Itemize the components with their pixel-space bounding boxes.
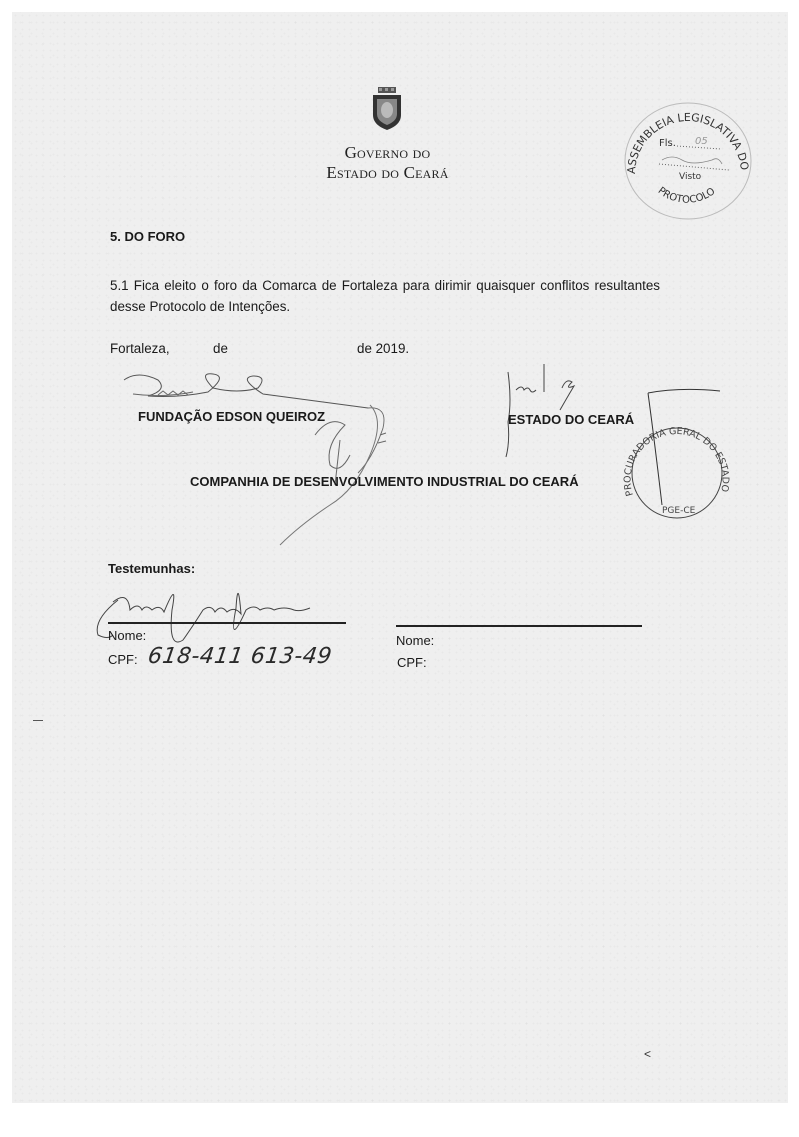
svg-text:PROTOCOLO: PROTOCOLO: [656, 185, 718, 205]
witness-1-name-label: Nome:: [108, 628, 146, 643]
pge-stamp: PROCURADORIA GERAL DO ESTADO PGE-CE: [600, 385, 760, 525]
witness-2-cpf-label: CPF:: [397, 655, 427, 670]
section-title: 5. DO FORO: [110, 229, 185, 244]
date-day-de: de: [213, 341, 228, 356]
svg-text:Fls.: Fls.: [659, 138, 676, 149]
witness-1-signature-line: [108, 622, 346, 624]
gov-line-1: Governo do: [300, 143, 475, 163]
svg-text:Visto: Visto: [679, 172, 702, 182]
witness-2-signature-line: [396, 625, 642, 627]
coat-of-arms-icon: [370, 87, 404, 131]
svg-text:PGE-CE: PGE-CE: [662, 506, 696, 516]
svg-text:05: 05: [695, 136, 708, 147]
date-city: Fortaleza,: [110, 341, 170, 356]
signature-companhia: [270, 395, 420, 545]
footer-mark: <: [644, 1047, 651, 1061]
svg-text:PROCURADORIA GERAL DO ESTADO: PROCURADORIA GERAL DO ESTADO: [622, 426, 730, 497]
witness-2-name-label: Nome:: [396, 633, 434, 648]
government-header: Governo do Estado do Ceará: [300, 143, 475, 183]
svg-text:ASSEMBLEIA LEGISLATIVA DO CEAR: ASSEMBLEIA LEGISLATIVA DO CEARÁ: [617, 94, 751, 174]
witnesses-title: Testemunhas:: [108, 561, 195, 576]
signatory-companhia: COMPANHIA DE DESENVOLVIMENTO INDUSTRIAL …: [190, 474, 579, 489]
gov-line-2: Estado do Ceará: [300, 163, 475, 183]
witness-1-cpf-label: CPF:: [108, 652, 138, 667]
assembleia-protocol-stamp: ASSEMBLEIA LEGISLATIVA DO CEARÁ PROTOCOL…: [617, 94, 757, 224]
date-year: de 2019.: [357, 341, 409, 356]
section-paragraph: 5.1 Fica eleito o foro da Comarca de For…: [110, 275, 660, 317]
scan-mark: [33, 720, 43, 721]
witness-1-cpf-value: 618-411 613-49: [146, 644, 333, 669]
